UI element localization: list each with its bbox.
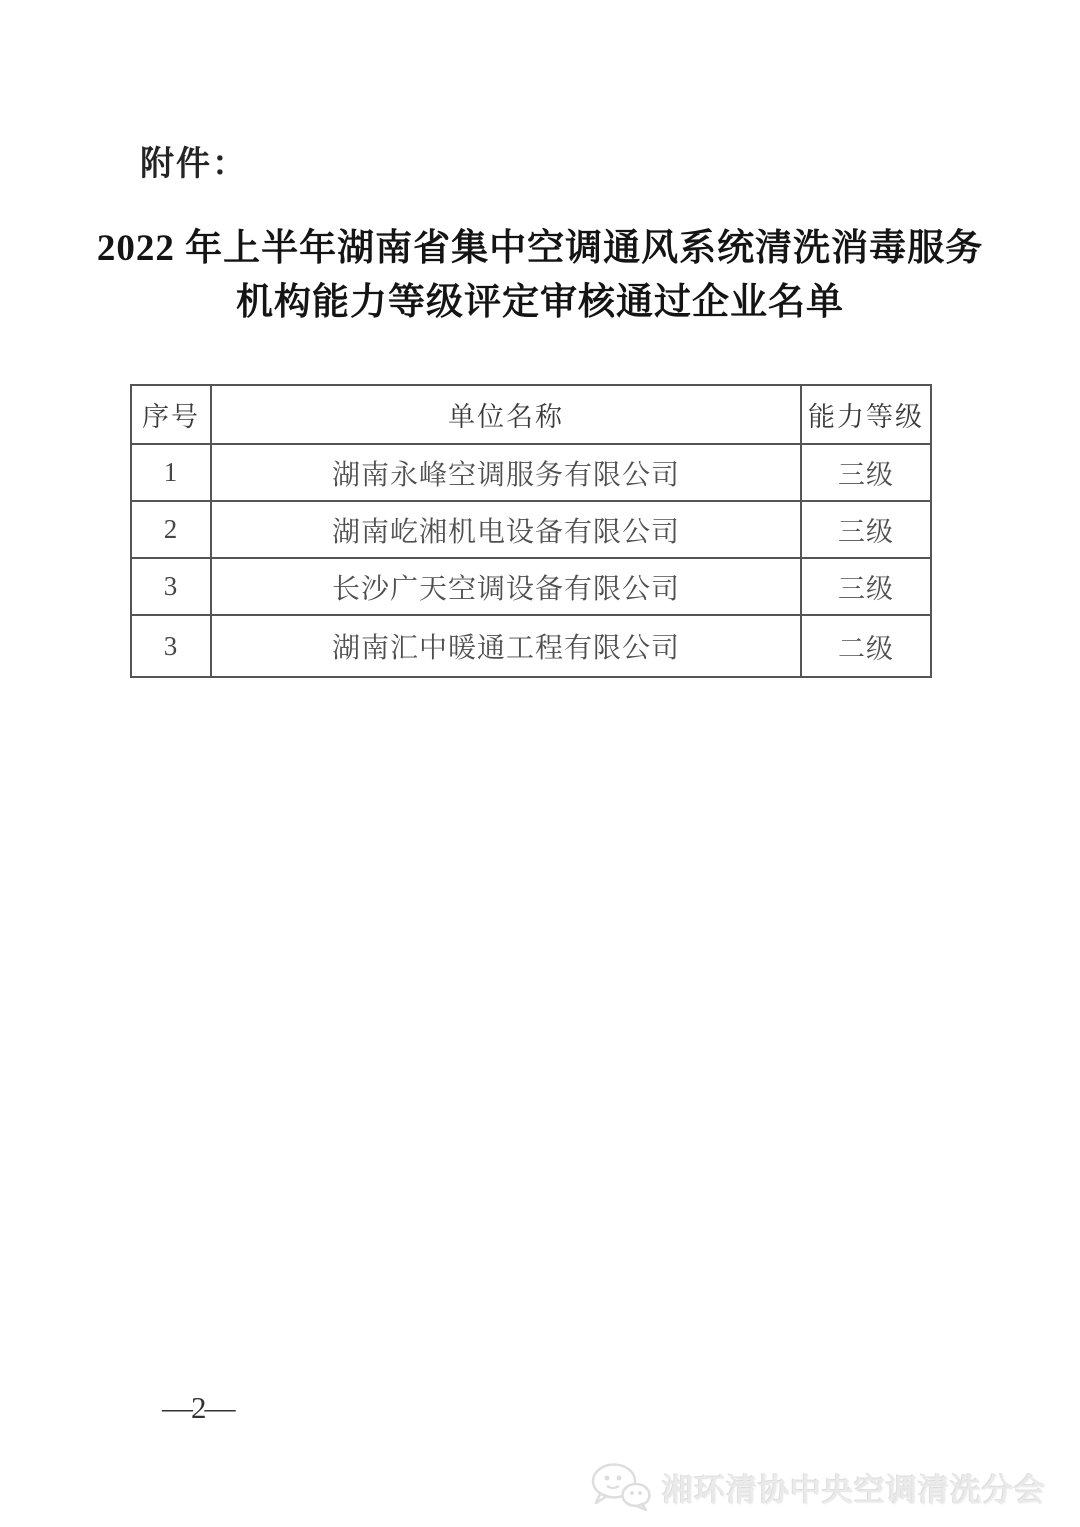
table-row: 2 湖南屹湘机电设备有限公司 三级: [131, 501, 931, 558]
watermark-text: 湘环清协中央空调清洗分会: [662, 1465, 1046, 1510]
serial-cell: 3: [131, 558, 211, 615]
grade-cell: 三级: [801, 444, 931, 501]
grade-cell: 二级: [801, 615, 931, 677]
serial-cell: 3: [131, 615, 211, 677]
speech-bubbles-logo-icon: [590, 1462, 652, 1512]
table-row: 1 湖南永峰空调服务有限公司 三级: [131, 444, 931, 501]
serial-cell: 1: [131, 444, 211, 501]
table-row: 3 湖南汇中暖通工程有限公司 二级: [131, 615, 931, 677]
col-header-grade: 能力等级: [801, 385, 931, 444]
col-header-serial: 序号: [131, 385, 211, 444]
title-line-2: 机构能力等级评定审核通过企业名单: [90, 276, 990, 330]
company-cell: 湖南汇中暖通工程有限公司: [211, 615, 801, 677]
attachment-label: 附件：: [140, 136, 248, 185]
title-line-1: 2022 年上半年湖南省集中空调通风系统清洗消毒服务: [90, 222, 990, 276]
companies-table: 序号 单位名称 能力等级 1 湖南永峰空调服务有限公司 三级 2 湖南屹湘机电设…: [130, 384, 932, 678]
company-cell: 湖南屹湘机电设备有限公司: [211, 501, 801, 558]
serial-cell: 2: [131, 501, 211, 558]
watermark: 湘环清协中央空调清洗分会: [590, 1462, 1046, 1512]
page-number: —2—: [162, 1390, 234, 1426]
grade-cell: 三级: [801, 501, 931, 558]
company-cell: 湖南永峰空调服务有限公司: [211, 444, 801, 501]
table-header-row: 序号 单位名称 能力等级: [131, 385, 931, 444]
grade-cell: 三级: [801, 558, 931, 615]
document-title: 2022 年上半年湖南省集中空调通风系统清洗消毒服务 机构能力等级评定审核通过企…: [90, 222, 990, 330]
document-page: 附件： 2022 年上半年湖南省集中空调通风系统清洗消毒服务 机构能力等级评定审…: [0, 0, 1080, 1527]
table-row: 3 长沙广天空调设备有限公司 三级: [131, 558, 931, 615]
company-cell: 长沙广天空调设备有限公司: [211, 558, 801, 615]
col-header-company: 单位名称: [211, 385, 801, 444]
